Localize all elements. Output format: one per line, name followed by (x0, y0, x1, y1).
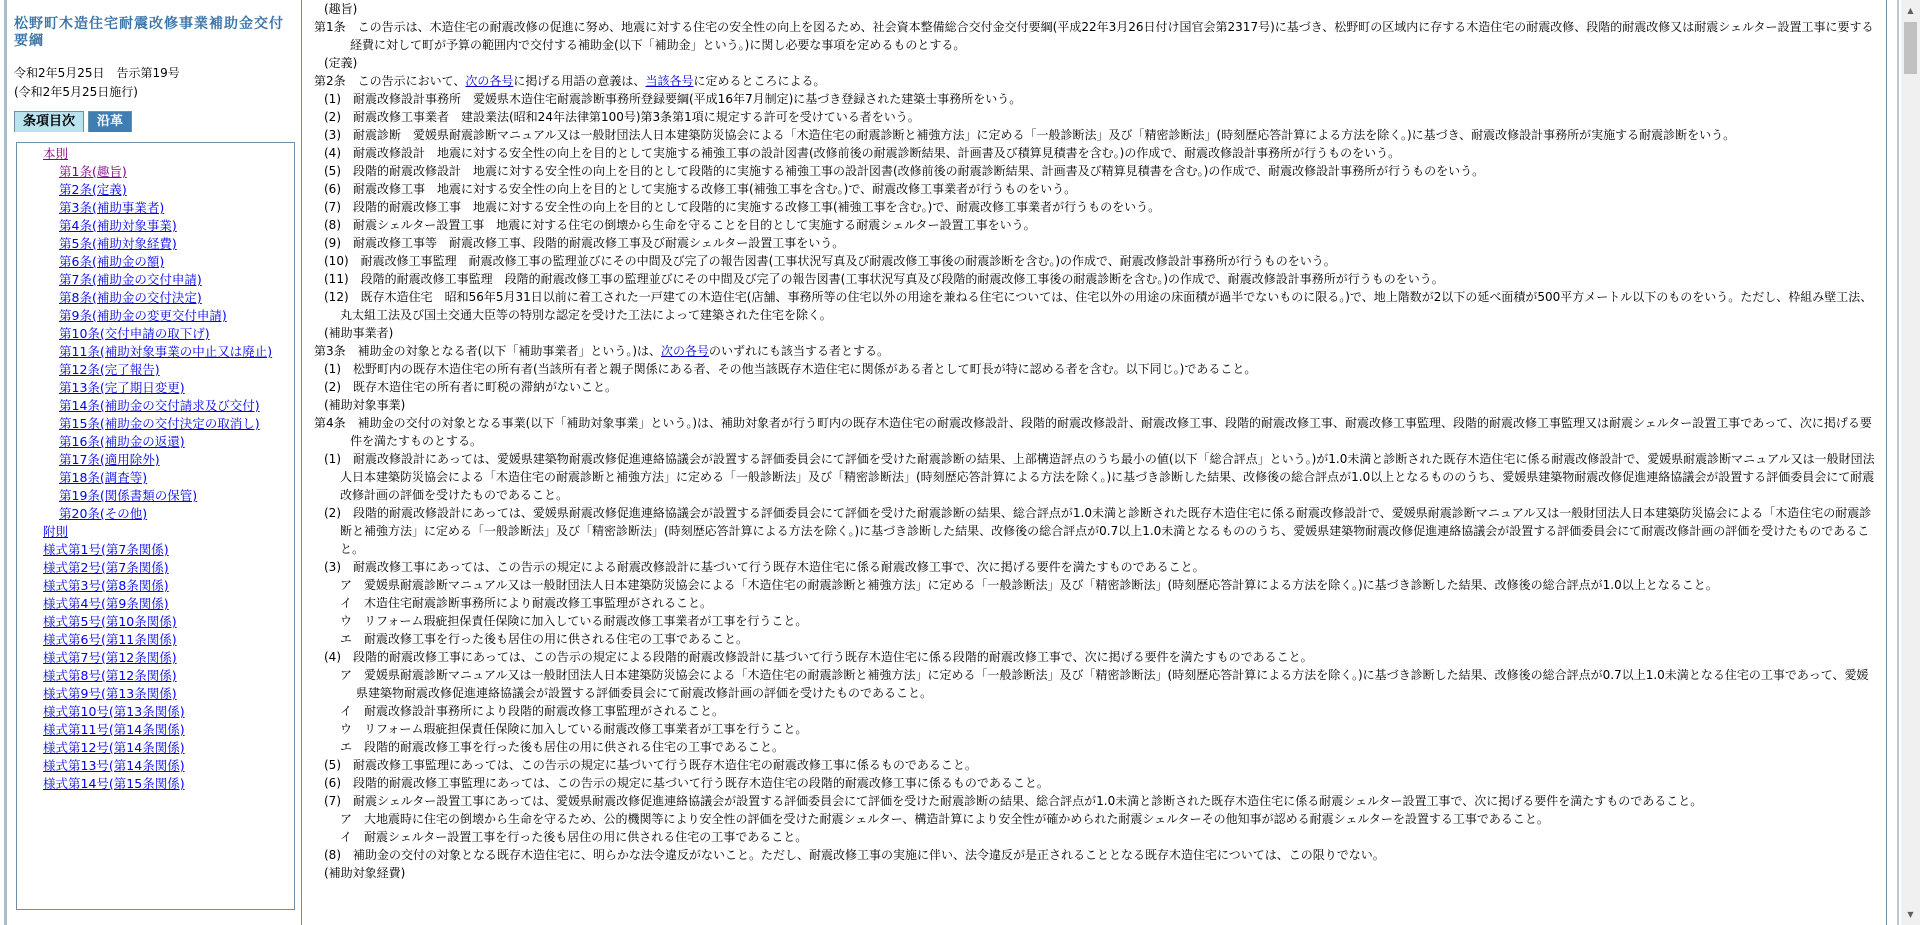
article-item: (11) 段階的耐震改修工事監理 段階的耐震改修工事の監理並びにその中間及び完了… (314, 270, 1879, 288)
toc-link[interactable]: 様式第12号(第14条関係) (17, 739, 294, 757)
toc-link[interactable]: 様式第11号(第14条関係) (17, 721, 294, 739)
toc-link[interactable]: 第16条(補助金の返還) (17, 433, 294, 451)
toc-link[interactable]: 第2条(定義) (17, 181, 294, 199)
article-item: (5) 耐震改修工事監理にあっては、この告示の規定に基づいて行う既存木造住宅の耐… (314, 756, 1879, 774)
article-subitem: ウ リフォーム瑕疵担保責任保険に加入している耐震改修工事業者が工事を行うこと。 (314, 720, 1879, 738)
article-subitem: イ 木造住宅耐震診断事務所により耐震改修工事監理がされること。 (314, 594, 1879, 612)
article-item: (4) 耐震改修設計 地震に対する安全性の向上を目的として実施する補強工事の設計… (314, 144, 1879, 162)
toc-link[interactable]: 第6条(補助金の額) (17, 253, 294, 271)
article-item: (4) 段階的耐震改修工事にあっては、この告示の規定による段階的耐震改修設計に基… (314, 648, 1879, 666)
article-item: (10) 耐震改修工事監理 耐震改修工事の監理並びにその中間及び完了の報告図書(… (314, 252, 1879, 270)
sidebar: 松野町木造住宅耐震改修事業補助金交付要綱 令和2年5月25日 告示第19号 (令… (14, 0, 296, 925)
paragraph-text: 第3条 補助金の対象となる者(以下「補助事業者」という。)は、 (314, 344, 661, 358)
tab-toc[interactable]: 条項目次 (14, 111, 84, 132)
cross-reference-link[interactable]: 次の各号 (465, 74, 513, 88)
article-item: (1) 耐震改修設計事務所 愛媛県木造住宅耐震診断事務所登録要綱(平成16年7月… (314, 90, 1879, 108)
toc-link[interactable]: 第7条(補助金の交付申請) (17, 271, 294, 289)
toc-link[interactable]: 第13条(完了期日変更) (17, 379, 294, 397)
sidebar-tabs: 条項目次 沿革 (14, 110, 296, 132)
frame-right-border (1897, 0, 1899, 925)
article-item: (2) 既存木造住宅の所有者に町税の滞納がないこと。 (314, 378, 1879, 396)
article-item: (9) 耐震改修工事等 耐震改修工事、段階的耐震改修工事及び耐震シェルター設置工… (314, 234, 1879, 252)
article-caption: (補助対象事業) (314, 396, 1879, 414)
article-item: (5) 段階的耐震改修設計 地震に対する安全性の向上を目的として段階的に実施する… (314, 162, 1879, 180)
toc-link[interactable]: 第15条(補助金の交付決定の取消し) (17, 415, 294, 433)
vertical-scrollbar[interactable]: ▲ ▼ (1901, 0, 1920, 925)
toc-link[interactable]: 第14条(補助金の交付請求及び交付) (17, 397, 294, 415)
toc-link[interactable]: 第3条(補助事業者) (17, 199, 294, 217)
toc-link[interactable]: 様式第3号(第8条関係) (17, 577, 294, 595)
article-paragraph: 第2条 この告示において、次の各号に掲げる用語の意義は、当該各号に定めるところに… (314, 72, 1879, 90)
toc-link[interactable]: 第1条(趣旨) (17, 163, 294, 181)
paragraph-text: に定めるところによる。 (693, 74, 825, 88)
table-of-contents: 本則第1条(趣旨)第2条(定義)第3条(補助事業者)第4条(補助対象事業)第5条… (16, 142, 295, 910)
toc-link[interactable]: 第18条(調査等) (17, 469, 294, 487)
scroll-down-arrow-icon[interactable]: ▼ (1901, 906, 1920, 923)
scrollbar-thumb[interactable] (1904, 22, 1917, 74)
window-left-border (4, 0, 7, 925)
article-item: (7) 段階的耐震改修工事 地震に対する安全性の向上を目的として段階的に実施する… (314, 198, 1879, 216)
pane-divider[interactable] (301, 0, 302, 925)
toc-link[interactable]: 第10条(交付申請の取下げ) (17, 325, 294, 343)
paragraph-text: に掲げる用語の意義は、 (513, 74, 645, 88)
article-item: (8) 耐震シェルター設置工事 地震に対する住宅の倒壊から生命を守ることを目的と… (314, 216, 1879, 234)
article-subitem: イ 耐震改修設計事務所により段階的耐震改修工事監理がされること。 (314, 702, 1879, 720)
article-paragraph: 第3条 補助金の対象となる者(以下「補助事業者」という。)は、次の各号のいずれに… (314, 342, 1879, 360)
tab-history[interactable]: 沿革 (88, 111, 132, 132)
toc-link[interactable]: 様式第13号(第14条関係) (17, 757, 294, 775)
toc-link[interactable]: 様式第10号(第13条関係) (17, 703, 294, 721)
article-subitem: ア 愛媛県耐震診断マニュアル又は一般財団法人日本建築防災協会による「木造住宅の耐… (314, 666, 1879, 702)
article-subitem: ウ リフォーム瑕疵担保責任保険に加入している耐震改修工事業者が工事を行うこと。 (314, 612, 1879, 630)
article-subitem: ア 愛媛県耐震診断マニュアル又は一般財団法人日本建築防災協会による「木造住宅の耐… (314, 576, 1879, 594)
toc-link[interactable]: 第5条(補助対象経費) (17, 235, 294, 253)
article-item: (8) 補助金の交付の対象となる既存木造住宅に、明らかな法令違反がないこと。ただ… (314, 846, 1879, 864)
toc-link[interactable]: 本則 (17, 145, 294, 163)
article-item: (2) 耐震改修工事業者 建設業法(昭和24年法律第100号)第3条第1項に規定… (314, 108, 1879, 126)
toc-link[interactable]: 様式第14号(第15条関係) (17, 775, 294, 793)
article-subitem: エ 段階的耐震改修工事を行った後も居住の用に供される住宅の工事であること。 (314, 738, 1879, 756)
toc-link[interactable]: 第11条(補助対象事業の中止又は廃止) (17, 343, 284, 361)
article-paragraph: 第4条 補助金の交付の対象となる事業(以下「補助対象事業」という。)は、補助対象… (314, 414, 1879, 450)
toc-link[interactable]: 様式第5号(第10条関係) (17, 613, 294, 631)
toc-link[interactable]: 第8条(補助金の交付決定) (17, 289, 294, 307)
document-body: (趣旨)第1条 この告示は、木造住宅の耐震改修の促進に努め、地震に対する住宅の安… (314, 0, 1879, 925)
toc-link[interactable]: 様式第7号(第12条関係) (17, 649, 294, 667)
article-item: (7) 耐震シェルター設置工事にあっては、愛媛県耐震改修促進連絡協議会が設置する… (314, 792, 1879, 810)
toc-link[interactable]: 様式第2号(第7条関係) (17, 559, 294, 577)
article-subitem: イ 耐震シェルター設置工事を行った後も居住の用に供される住宅の工事であること。 (314, 828, 1879, 846)
toc-link[interactable]: 様式第9号(第13条関係) (17, 685, 294, 703)
promulgation-date: 令和2年5月25日 告示第19号 (14, 64, 296, 83)
toc-link[interactable]: 第12条(完了報告) (17, 361, 294, 379)
content-right-border (1886, 0, 1887, 925)
article-subitem: ア 大地震時に住宅の倒壊から生命を守るため、公的機関等により安全性の評価を受けた… (314, 810, 1879, 828)
toc-link[interactable]: 第20条(その他) (17, 505, 294, 523)
article-item: (6) 段階的耐震改修工事監理にあっては、この告示の規定に基づいて行う既存木造住… (314, 774, 1879, 792)
article-item: (1) 耐震改修設計にあっては、愛媛県建築物耐震改修促進連絡協議会が設置する評価… (314, 450, 1879, 504)
article-item: (1) 松野町内の既存木造住宅の所有者(当該所有者と親子関係にある者、その他当該… (314, 360, 1879, 378)
cross-reference-link[interactable]: 当該各号 (645, 74, 693, 88)
document-meta: 令和2年5月25日 告示第19号 (令和2年5月25日施行) (14, 64, 296, 102)
paragraph-text: 第2条 この告示において、 (314, 74, 465, 88)
cross-reference-link[interactable]: 次の各号 (661, 344, 709, 358)
effective-date: (令和2年5月25日施行) (14, 83, 296, 102)
article-item: (3) 耐震改修工事にあっては、この告示の規定による耐震改修設計に基づいて行う既… (314, 558, 1879, 576)
article-caption: (補助対象経費) (314, 864, 1879, 882)
toc-link[interactable]: 第19条(関係書類の保管) (17, 487, 294, 505)
article-caption: (補助事業者) (314, 324, 1879, 342)
article-subitem: エ 耐震改修工事を行った後も居住の用に供される住宅の工事であること。 (314, 630, 1879, 648)
toc-link[interactable]: 附則 (17, 523, 294, 541)
toc-link[interactable]: 様式第4号(第9条関係) (17, 595, 294, 613)
paragraph-text: のいずれにも該当する者とする。 (709, 344, 889, 358)
article-item: (2) 段階的耐震改修設計にあっては、愛媛県耐震改修促進連絡協議会が設置する評価… (314, 504, 1879, 558)
toc-link[interactable]: 様式第1号(第7条関係) (17, 541, 294, 559)
scroll-up-arrow-icon[interactable]: ▲ (1901, 2, 1920, 19)
toc-link[interactable]: 様式第8号(第12条関係) (17, 667, 294, 685)
toc-link[interactable]: 様式第6号(第11条関係) (17, 631, 294, 649)
article-item: (6) 耐震改修工事 地震に対する安全性の向上を目的として実施する改修工事(補強… (314, 180, 1879, 198)
article-caption: (定義) (314, 54, 1879, 72)
document-title: 松野町木造住宅耐震改修事業補助金交付要綱 (14, 16, 296, 50)
article-caption: (趣旨) (314, 0, 1879, 18)
toc-link[interactable]: 第17条(適用除外) (17, 451, 294, 469)
article-item: (3) 耐震診断 愛媛県耐震診断マニュアル又は一般財団法人日本建築防災協会による… (314, 126, 1879, 144)
toc-link[interactable]: 第9条(補助金の変更交付申請) (17, 307, 294, 325)
article-paragraph: 第1条 この告示は、木造住宅の耐震改修の促進に努め、地震に対する住宅の安全性の向… (314, 18, 1879, 54)
article-item: (12) 既存木造住宅 昭和56年5月31日以前に着工された一戸建ての木造住宅(… (314, 288, 1879, 324)
toc-link[interactable]: 第4条(補助対象事業) (17, 217, 294, 235)
